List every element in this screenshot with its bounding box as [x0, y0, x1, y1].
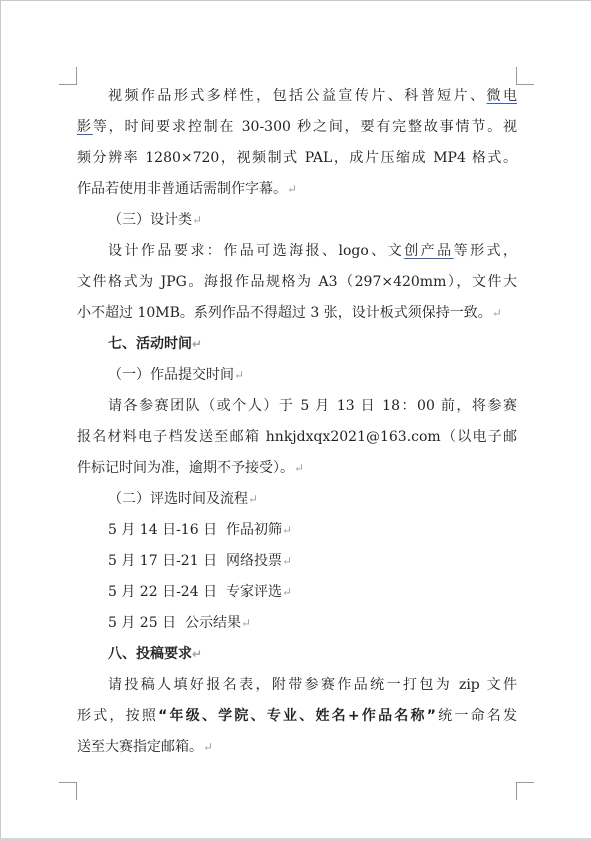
text-line: 视频作品形式多样性，包括公益宣传片、科普短片、微电: [77, 81, 517, 112]
text-line: 请投稿人填好报名表，附带参赛作品统一打包为 zip 文件: [77, 670, 517, 701]
paragraph-mark-icon: ↵: [282, 523, 292, 537]
paragraph-mark-icon: ↵: [192, 213, 202, 227]
paragraph-mark-icon: ↵: [282, 585, 292, 599]
paragraph-mark-icon: ↵: [294, 461, 304, 475]
submission-paragraph: 请各参赛团队（或个人）于 5 月 13 日 18：00 前，将参赛 报名材料电子…: [77, 391, 517, 484]
submission-requirements-paragraph: 请投稿人填好报名表，附带参赛作品统一打包为 zip 文件 形式，按照“年级、学院…: [77, 670, 517, 763]
paragraph-mark-icon: ↵: [192, 337, 202, 351]
spellcheck-underline: 影: [77, 119, 93, 135]
paragraph-mark-icon: ↵: [248, 492, 258, 506]
text-line: 报名材料电子档发送至邮箱 hnkjdxqx2021@163.com（以电子邮: [77, 422, 517, 453]
text-line: 小不超过 10MB。系列作品不得超过 3 张，设计板式须保持一致。↵: [77, 298, 517, 329]
text-line: 件标记时间为准，逾期不予接受）。↵: [77, 453, 517, 484]
paragraph-mark-icon: ↵: [282, 554, 292, 568]
video-paragraph: 视频作品形式多样性，包括公益宣传片、科普短片、微电 影等，时间要求控制在 30-…: [77, 81, 517, 205]
text-line: 影等，时间要求控制在 30-300 秒之间，要有完整故事情节。视: [77, 112, 517, 143]
document-body[interactable]: 视频作品形式多样性，包括公益宣传片、科普短片、微电 影等，时间要求控制在 30-…: [77, 81, 517, 763]
naming-format-bold: “年级、学院、专业、姓名+作品名称”: [158, 708, 436, 724]
paragraph-mark-icon: ↵: [234, 368, 244, 382]
text-line: 频分辨率 1280×720，视频制式 PAL，成片压缩成 MP4 格式。: [77, 143, 517, 174]
text-line: 形式，按照“年级、学院、专业、姓名+作品名称”统一命名发: [77, 701, 517, 732]
text-line: 设计作品要求：作品可选海报、logo、文创产品等形式，: [77, 236, 517, 267]
subheading-review-process: （二）评选时间及流程↵: [77, 484, 517, 515]
section-heading-activity-time: 七、活动时间↵: [77, 329, 517, 360]
schedule-item: 5 月 14 日-16 日 作品初筛↵: [77, 515, 517, 546]
subheading-submission-time: （一）作品提交时间↵: [77, 360, 517, 391]
margin-corner-top-left: [59, 67, 77, 85]
paragraph-mark-icon: ↵: [492, 306, 502, 320]
paragraph-mark-icon: ↵: [203, 740, 213, 754]
margin-corner-top-right: [516, 67, 534, 85]
section-heading-submission-requirements: 八、投稿要求↵: [77, 639, 517, 670]
page-frame-top: [0, 0, 591, 1]
text-line: 送至大赛指定邮箱。↵: [77, 732, 517, 763]
paragraph-mark-icon: ↵: [192, 647, 202, 661]
schedule-item: 5 月 22 日-24 日 专家评选↵: [77, 577, 517, 608]
text-line: 作品若使用非普通话需制作字幕。↵: [77, 174, 517, 205]
review-schedule: 5 月 14 日-16 日 作品初筛↵ 5 月 17 日-21 日 网络投票↵ …: [77, 515, 517, 639]
design-paragraph: 设计作品要求：作品可选海报、logo、文创产品等形式， 文件格式为 JPG。海报…: [77, 236, 517, 329]
margin-corner-bottom-left: [59, 782, 77, 800]
text-line: 请各参赛团队（或个人）于 5 月 13 日 18：00 前，将参赛: [77, 391, 517, 422]
design-heading: （三）设计类↵: [77, 205, 517, 236]
schedule-item: 5 月 17 日-21 日 网络投票↵: [77, 546, 517, 577]
margin-corner-bottom-right: [516, 782, 534, 800]
text-line: 文件格式为 JPG。海报作品规格为 A3（297×420mm），文件大: [77, 267, 517, 298]
spellcheck-underline: 创产品: [404, 243, 453, 259]
page-frame-left: [0, 0, 1, 838]
spellcheck-underline: 微电: [487, 88, 517, 104]
paragraph-mark-icon: ↵: [287, 182, 297, 196]
paragraph-mark-icon: ↵: [241, 616, 251, 630]
schedule-item: 5 月 25 日 公示结果↵: [77, 608, 517, 639]
